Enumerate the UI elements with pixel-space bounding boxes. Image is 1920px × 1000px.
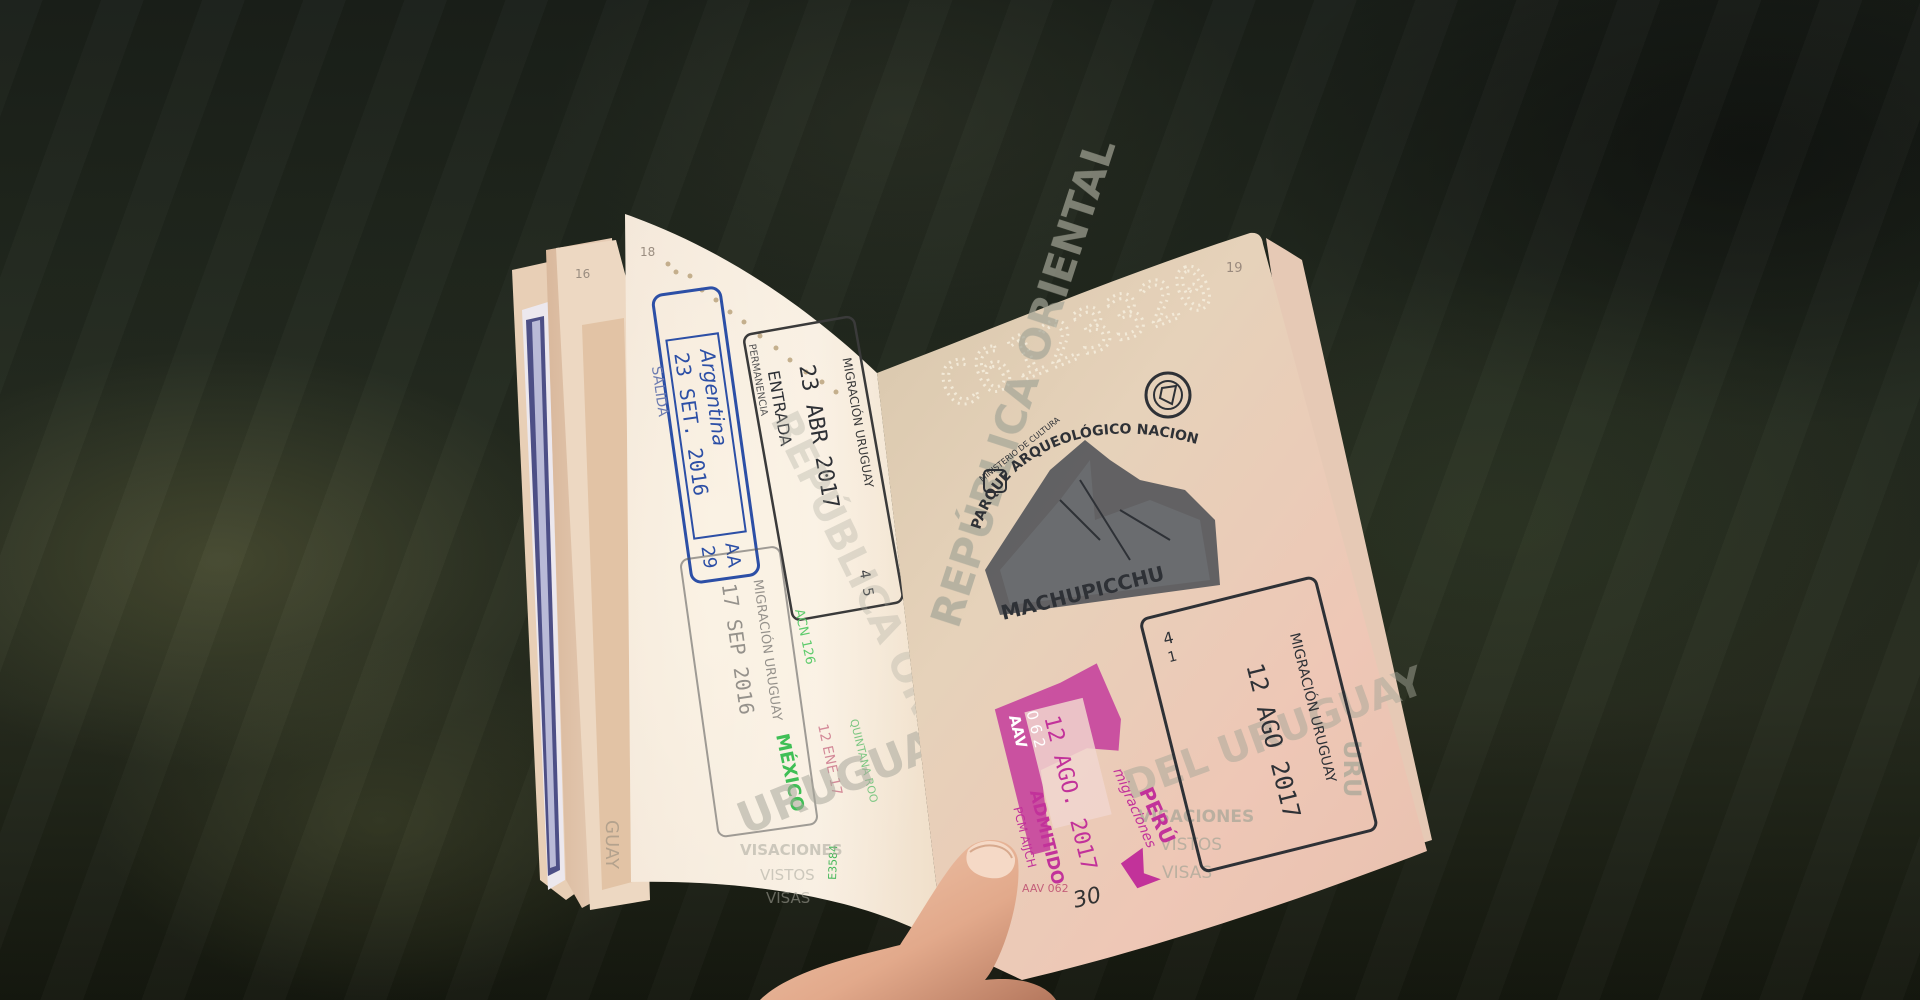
svg-text:VISTOS: VISTOS [760, 866, 815, 884]
left-page-number: 18 [640, 245, 655, 259]
svg-text:AA: AA [720, 541, 744, 569]
right-page-number: 19 [1226, 261, 1243, 276]
svg-text:VISAS: VISAS [766, 889, 810, 907]
peru-stamp-code: AAV 062 [1022, 882, 1069, 895]
passport-illustration: 16 18 Argentina 23 SET. 2016 SALI [0, 0, 1920, 1000]
back-page-number: 16 [575, 267, 590, 281]
svg-text:VISACIONES: VISACIONES [740, 841, 843, 859]
svg-text:VISAS: VISAS [1162, 863, 1212, 883]
photo-scene: 16 18 Argentina 23 SET. 2016 SALI [0, 0, 1920, 1000]
svg-text:GUAY: GUAY [601, 820, 622, 870]
